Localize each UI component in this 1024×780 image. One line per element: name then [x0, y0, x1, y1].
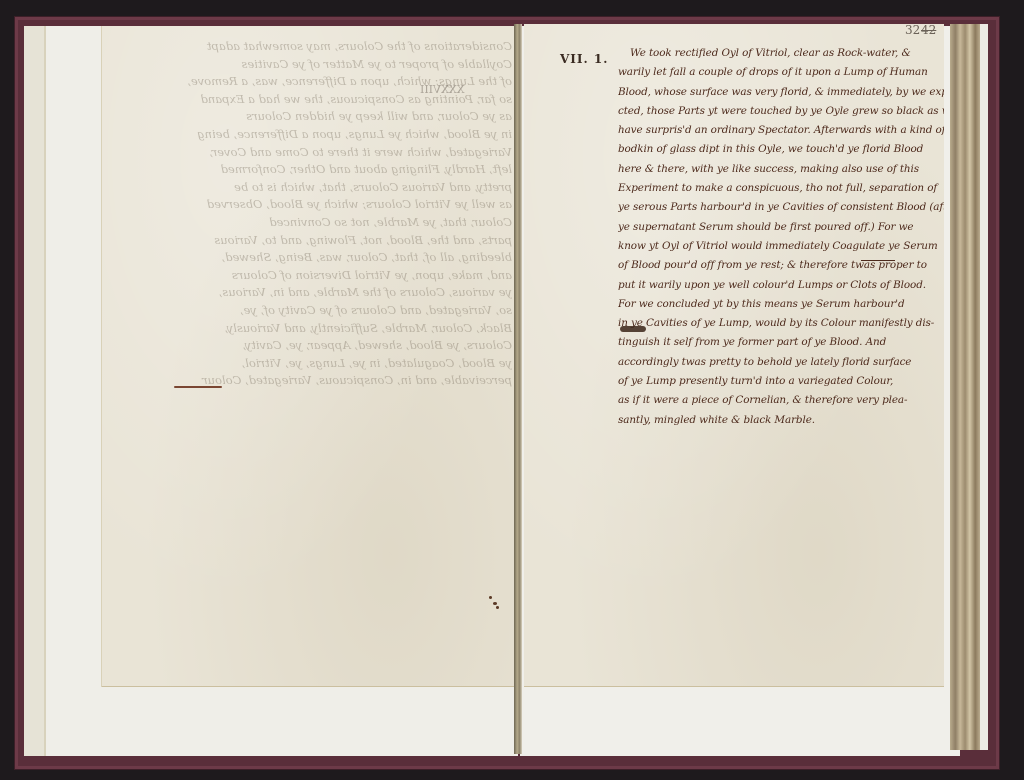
bleed-line: as ye Colour, and will keep ye hidden Co…	[112, 108, 512, 126]
fore-edge-endpaper	[980, 24, 990, 750]
folio-number-struck: 42	[921, 23, 936, 37]
text-line: Blood, whose surface was very florid, & …	[618, 83, 944, 102]
bleed-line: ye Blood, Coagulated, in ye, Lungs, ye, …	[112, 355, 512, 373]
bleed-line: bleeding, all of, that, Colour, was, Bei…	[112, 249, 512, 267]
bleed-line: left, Hardly, Flinging about and Other, …	[112, 161, 512, 179]
text-line: accordingly twas pretty to behold ye lat…	[618, 353, 944, 372]
text-line: We took rectified Oyl of Vitriol, clear …	[618, 44, 944, 63]
text-line: cted, those Parts yt were touched by ye …	[618, 102, 944, 121]
bleed-line: Black, Colour, Marble, Sufficiently, and…	[112, 320, 512, 338]
text-line: warily let fall a couple of drops of it …	[618, 63, 944, 82]
bleed-line: as well ye Vitriol Colours; which ye Blo…	[112, 196, 512, 214]
text-line: ye serous Parts harbour'd in ye Cavities…	[618, 198, 944, 217]
text-line: here & there, with ye like success, maki…	[618, 160, 944, 179]
bleed-line: Coyllable of proper to ye Matter of ye C…	[112, 56, 512, 74]
bleed-line: Variegated, which were it there to Come …	[112, 144, 512, 162]
text-line: as if it were a piece of Cornelian, & th…	[618, 391, 944, 410]
struck-out-word	[620, 326, 646, 332]
book-gutter	[514, 24, 522, 754]
shelfmark: VII. 1.	[560, 52, 608, 66]
text-line: santly, mingled white & black Marble.	[618, 411, 944, 430]
bleed-line: and, make, upon, ye Vitriol Diversion of…	[112, 267, 512, 285]
ink-spots	[487, 594, 501, 610]
text-line: know yt Oyl of Vitriol would immediately…	[618, 237, 944, 256]
bleed-line: Colours, ye Blood, shewed, Appear, ye, C…	[112, 337, 512, 355]
bleed-line: perceivable, and in, Conspicuous, Varieg…	[112, 372, 512, 390]
ink-dash-mark	[174, 386, 222, 388]
text-line: Experiment to make a conspicuous, tho no…	[618, 179, 944, 198]
folio-number: 32	[905, 23, 920, 37]
text-line: ye supernatant Serum should be first pou…	[618, 218, 944, 237]
text-line: For we concluded yt by this means ye Ser…	[618, 295, 944, 314]
bleed-line: ye various, Colours of the Marble, and i…	[112, 284, 512, 302]
mirrored-marginal-numeral: XXXVIII	[420, 83, 464, 96]
bleed-line: Considerations of the Colours, may somew…	[112, 38, 512, 56]
text-line: of Blood pour'd off from ye rest; & ther…	[618, 256, 944, 275]
text-line: bodkin of glass dipt in this Oyle, we to…	[618, 140, 944, 159]
bleed-line: parts, and the, Blood, not, Flowing, and…	[112, 232, 512, 250]
handwritten-text: We took rectified Oyl of Vitriol, clear …	[618, 44, 944, 430]
bleed-line: so, Variegated, and Colours of ye Cavity…	[112, 302, 512, 320]
underline-mark	[861, 260, 895, 261]
text-line: in ye Cavities of ye Lump, would by its …	[618, 314, 944, 333]
bleed-line: pretty, and Various Colours, that, which…	[112, 179, 512, 197]
text-line: of ye Lump presently turn'd into a varie…	[618, 372, 944, 391]
text-line: have surpris'd an ordinary Spectator. Af…	[618, 121, 944, 140]
bleed-line: Colour, that, ye Marble, not so Convince…	[112, 214, 512, 232]
text-line: tinguish it self from ye former part of …	[618, 333, 944, 352]
bleed-line: in ye Blood, which ye Lungs, upon a Diff…	[112, 126, 512, 144]
text-line: put it warily upon ye well colour'd Lump…	[618, 276, 944, 295]
